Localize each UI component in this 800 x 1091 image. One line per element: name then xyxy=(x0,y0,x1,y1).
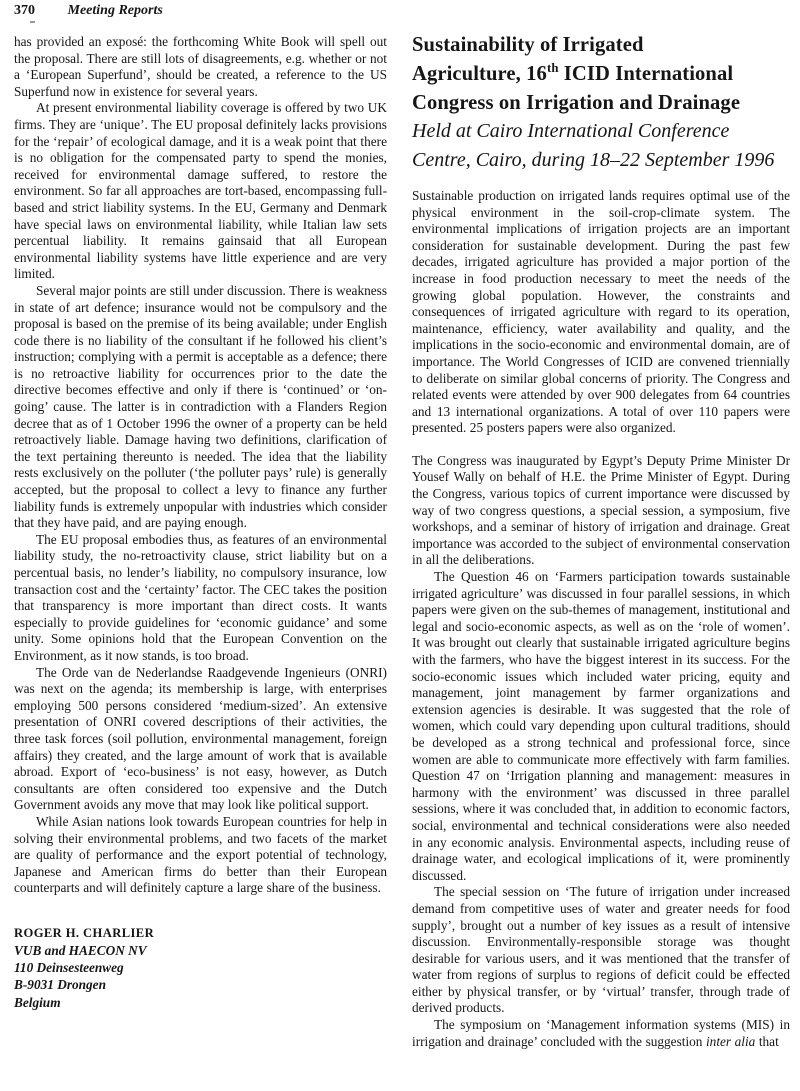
text-run: The Question 46 on ‘Farmers participatio… xyxy=(412,569,790,883)
page-number: 370 xyxy=(14,2,64,19)
article-title: Sustainability of IrrigatedAgriculture, … xyxy=(412,31,790,117)
text-run: Held at Cairo International Conference xyxy=(412,120,729,142)
italic-phrase: inter alia xyxy=(706,1034,755,1049)
paragraph: The Question 46 on ‘Farmers participatio… xyxy=(412,569,790,884)
text-run: At present environmental liability cover… xyxy=(14,100,387,281)
text-run: Congress on Irrigation and Drainage xyxy=(412,92,740,114)
text-run: Sustainability of Irrigated xyxy=(412,34,644,56)
journal-page: 370 Meeting Reports has provided an expo… xyxy=(0,0,800,1091)
text-run: The Congress was inaugurated by Egypt’s … xyxy=(412,453,790,568)
text-run: has provided an exposé: the forthcoming … xyxy=(14,34,387,99)
text-run: ICID International xyxy=(559,63,734,85)
text-run: Several major points are still under dis… xyxy=(14,283,387,530)
author-address-line: Belgium xyxy=(14,994,387,1011)
text-run: The EU proposal embodies thus, as featur… xyxy=(14,532,387,663)
right-article-body: Sustainable production on irrigated land… xyxy=(412,188,790,1050)
paragraph: The special session on ‘The future of ir… xyxy=(412,884,790,1017)
scan-artifact xyxy=(30,21,35,23)
paragraph: While Asian nations look towards Europea… xyxy=(14,814,387,897)
author-address: VUB and HAECON NV110 DeinsesteenwegB-903… xyxy=(14,942,387,1011)
paragraph: Sustainable production on irrigated land… xyxy=(412,188,790,437)
text-run: Centre, Cairo, during 18–22 September 19… xyxy=(412,149,774,171)
paragraph: has provided an exposé: the forthcoming … xyxy=(14,34,387,100)
superscript: th xyxy=(547,61,559,75)
author-name: ROGER H. CHARLIER xyxy=(14,925,387,942)
left-column: has provided an exposé: the forthcoming … xyxy=(14,34,387,1011)
paragraph: The EU proposal embodies thus, as featur… xyxy=(14,532,387,665)
right-column: Sustainability of IrrigatedAgriculture, … xyxy=(412,31,790,1050)
text-run: The Orde van de Nederlandse Raadgevende … xyxy=(14,665,387,813)
section-title: Meeting Reports xyxy=(68,3,163,18)
running-head: 370 Meeting Reports xyxy=(14,2,163,19)
text-run: Sustainable production on irrigated land… xyxy=(412,188,790,435)
author-address-line: VUB and HAECON NV xyxy=(14,942,387,959)
paragraph: Several major points are still under dis… xyxy=(14,283,387,532)
paragraph: The symposium on ‘Management information… xyxy=(412,1017,790,1050)
text-run: The special session on ‘The future of ir… xyxy=(412,884,790,1015)
left-article-body: has provided an exposé: the forthcoming … xyxy=(14,34,387,897)
author-address-line: B-9031 Drongen xyxy=(14,976,387,993)
author-address-line: 110 Deinsesteenweg xyxy=(14,959,387,976)
paragraph: At present environmental liability cover… xyxy=(14,100,387,283)
article-subtitle: Held at Cairo International ConferenceCe… xyxy=(412,117,790,175)
text-run: Agriculture, 16 xyxy=(412,63,547,85)
author-signature: ROGER H. CHARLIER VUB and HAECON NV110 D… xyxy=(14,925,387,1011)
text-run: that xyxy=(755,1034,778,1049)
paragraph: The Congress was inaugurated by Egypt’s … xyxy=(412,453,790,569)
text-run: While Asian nations look towards Europea… xyxy=(14,814,387,895)
paragraph: The Orde van de Nederlandse Raadgevende … xyxy=(14,665,387,814)
